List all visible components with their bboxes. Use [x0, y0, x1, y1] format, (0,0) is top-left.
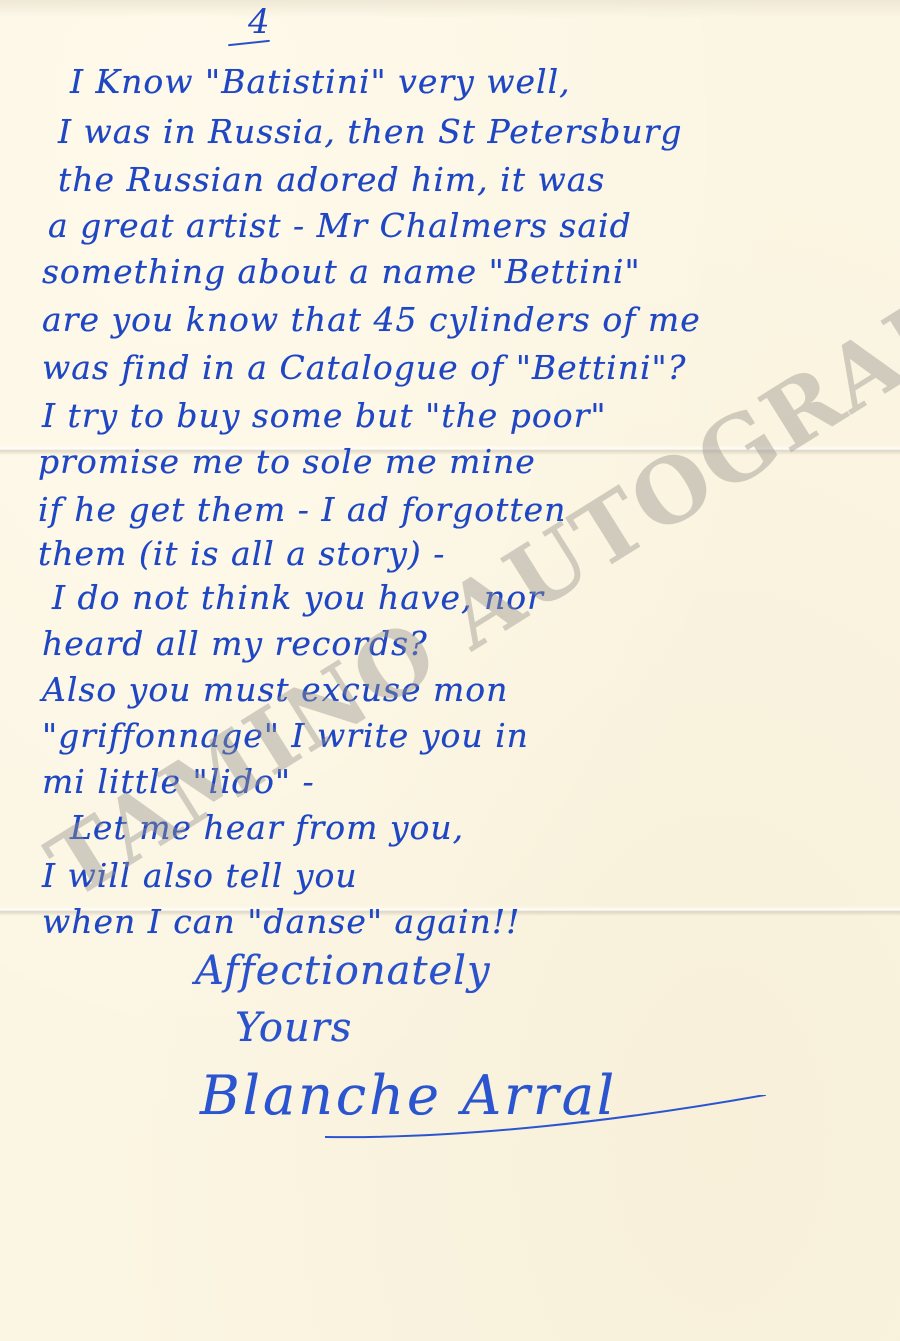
- letter-line: when I can "danse" again!!: [42, 902, 520, 941]
- valediction: Affectionately: [195, 948, 491, 994]
- letter-line: the Russian adored him, it was: [58, 160, 605, 199]
- letter-line: Also you must excuse mon: [42, 670, 508, 709]
- letter-line: promise me to sole me mine: [38, 442, 536, 481]
- letter-page: 4 I Know "Batistini" very well, I was in…: [0, 0, 900, 1341]
- signature-flourish-icon: [325, 1095, 775, 1145]
- letter-line: heard all my records?: [42, 624, 428, 663]
- letter-line: if he get them - I ad forgotten: [38, 490, 566, 529]
- letter-line: them (it is all a story) -: [38, 534, 445, 573]
- letter-line: a great artist - Mr Chalmers said: [48, 206, 632, 245]
- letter-line: was find in a Catalogue of "Bettini"?: [42, 348, 686, 387]
- paper-top-edge: [0, 0, 900, 18]
- letter-line: I will also tell you: [42, 856, 358, 895]
- letter-line: "griffonnage" I write you in: [42, 716, 529, 755]
- letter-line: I Know "Batistini" very well,: [70, 62, 571, 101]
- letter-line: something about a name "Bettini": [42, 252, 641, 291]
- letter-line: I was in Russia, then St Petersburg: [58, 112, 683, 151]
- page-number: 4: [248, 2, 270, 42]
- valediction-yours: Yours: [235, 1005, 352, 1051]
- letter-line: Let me hear from you,: [70, 808, 464, 847]
- letter-line: mi little "lido" -: [42, 762, 315, 801]
- letter-line: I try to buy some but "the poor": [42, 396, 607, 435]
- letter-line: I do not think you have, nor: [52, 578, 544, 617]
- letter-line: are you know that 45 cylinders of me: [42, 300, 701, 339]
